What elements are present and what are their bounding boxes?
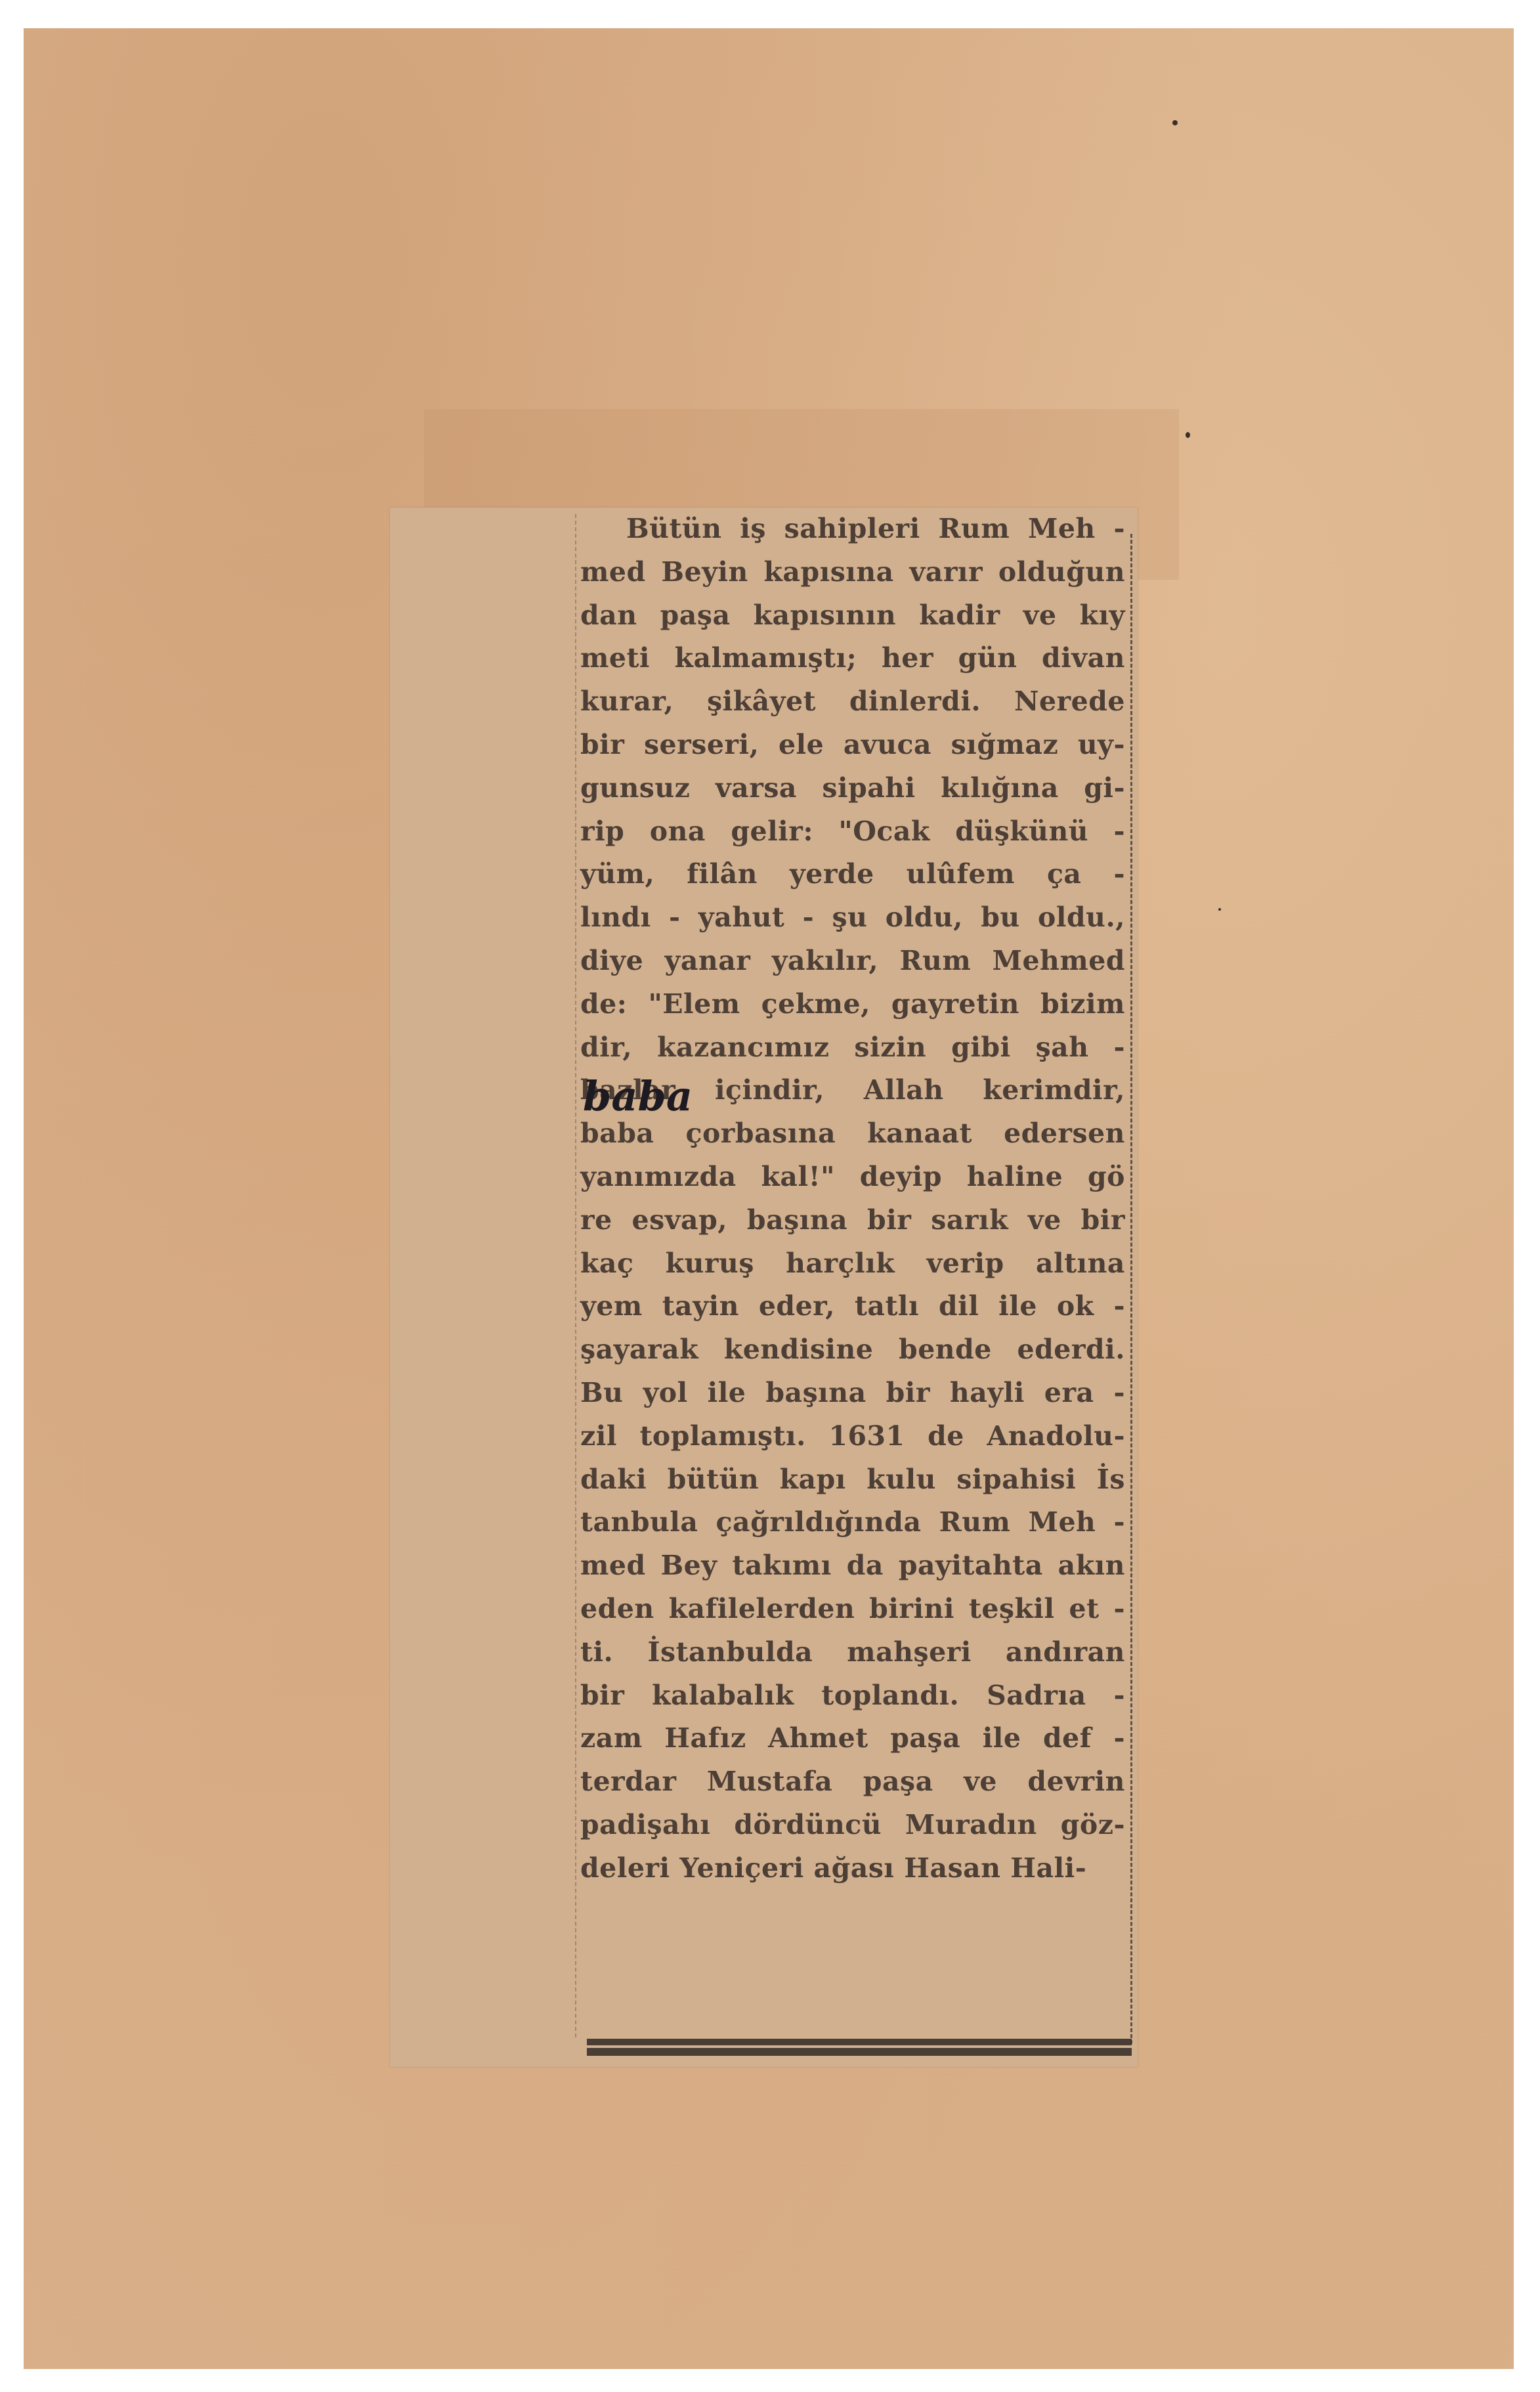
- text-line: med Bey takımı da payitahta akın: [580, 1544, 1125, 1588]
- ink-speck: [1172, 120, 1178, 125]
- text-line: re esvap, başına bir sarık ve bir: [580, 1199, 1125, 1242]
- text-line: rip ona gelir: "Ocak düşkünü -: [580, 810, 1125, 854]
- text-line: bir serseri, ele avuca sığmaz uy-: [580, 724, 1125, 767]
- text-line: meti kalmamıştı; her gün divan: [580, 637, 1125, 680]
- text-line: deleri Yeniçeri ağası Hasan Hali-: [580, 1847, 1125, 1890]
- text-line: ti. İstanbulda mahşeri andıran: [580, 1631, 1125, 1674]
- column-right-rule: [1130, 534, 1132, 2044]
- text-line: daki bütün kapı kulu sipahisi İs: [580, 1458, 1125, 1502]
- text-line: med Beyin kapısına varır olduğun: [580, 551, 1125, 594]
- text-line: padişahı dördüncü Muradın göz-: [580, 1804, 1125, 1847]
- text-line: tanbula çağrıldığında Rum Meh -: [580, 1501, 1125, 1544]
- text-line: şayarak kendisine bende ederdi.: [580, 1328, 1125, 1372]
- ink-speck: [1218, 908, 1221, 911]
- text-line: kurar, şikâyet dinlerdi. Nerede: [580, 680, 1125, 724]
- ink-speck: [1186, 432, 1190, 438]
- text-line: de: "Elem çekme, gayretin bizim: [580, 983, 1125, 1026]
- text-line: gunsuz varsa sipahi kılığına gi-: [580, 767, 1125, 810]
- text-line: lındı - yahut - şu oldu, bu oldu.,: [580, 896, 1125, 940]
- text-line: yanımızda kal!" deyip haline gö: [580, 1156, 1125, 1199]
- article-column: Bütün iş sahipleri Rum Meh - med Beyin k…: [580, 508, 1125, 1890]
- text-line: zam Hafız Ahmet paşa ile def -: [580, 1717, 1125, 1760]
- clipping-left-edge-mark: [575, 514, 576, 2037]
- text-line: Bütün iş sahipleri Rum Meh -: [580, 508, 1125, 551]
- text-line: yem tayin eder, tatlı dil ile ok -: [580, 1285, 1125, 1328]
- text-line: dir, kazancımız sizin gibi şah -: [580, 1026, 1125, 1070]
- handwritten-baba: baba: [583, 1072, 693, 1120]
- text-line: zil toplamıştı. 1631 de Anadolu-: [580, 1415, 1125, 1458]
- text-line: dan paşa kapısının kadir ve kıy: [580, 594, 1125, 638]
- text-line: eden kafilelerden birini teşkil et -: [580, 1588, 1125, 1631]
- text-line: yüm, filân yerde ulûfem ça -: [580, 853, 1125, 896]
- article-end-rule: [587, 2039, 1132, 2057]
- text-line: Bu yol ile başına bir hayli era -: [580, 1372, 1125, 1415]
- newspaper-clipping: Bütün iş sahipleri Rum Meh - med Beyin k…: [390, 508, 1138, 2067]
- text-line: terdar Mustafa paşa ve devrin: [580, 1760, 1125, 1804]
- text-line: diye yanar yakılır, Rum Mehmed: [580, 940, 1125, 983]
- text-line: kaç kuruş harçlık verip altına: [580, 1242, 1125, 1286]
- text-line: bir kalabalık toplandı. Sadrıa -: [580, 1674, 1125, 1718]
